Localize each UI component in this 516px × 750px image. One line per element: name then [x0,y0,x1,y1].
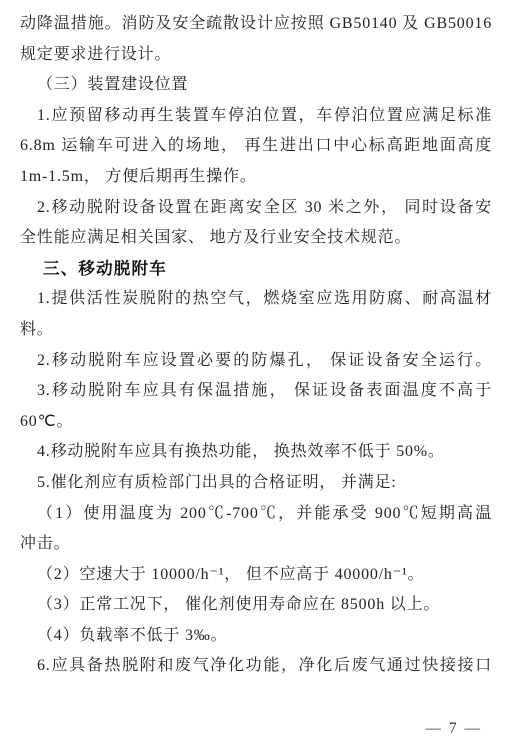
body-line: 1m-1.5m， 方便后期再生操作。 [20,162,492,193]
body-line: （1）使用温度为 200℃-700℃，并能承受 900℃短期高温 [20,499,492,530]
body-line: 全性能应满足相关国家、 地方及行业安全技术规范。 [20,223,492,254]
body-line: 3.移动脱附车应具有保温措施， 保证设备表面温度不高于 [20,376,492,407]
subsection-title: （三）装置建设位置 [20,70,492,101]
body-line: 1.提供活性炭脱附的热空气，燃烧室应选用防腐、耐高温材 [20,284,492,315]
body-line: （4）负载率不低于 3‰。 [20,621,492,652]
document-page: 动降温措施。消防及安全疏散设计应按照 GB50140 及 GB50016 的 规… [0,0,516,750]
body-line: 5.催化剂应有质检部门出具的合格证明， 并满足: [20,468,492,499]
body-line: 2.移动脱附设备设置在距离安全区 30 米之外， 同时设备安 [20,193,492,224]
body-line: 规定要求进行设计。 [20,40,492,71]
body-line: 4.移动脱附车应具有换热功能， 换热效率不低于 50%。 [20,437,492,468]
page-number: — 7 — [426,720,483,738]
body-line: 6.8m 运输车可进入的场地， 再生进出口中心标高距地面高度 [20,131,492,162]
body-line: 2.移动脱附车应设置必要的防爆孔， 保证设备安全运行。 [20,346,492,377]
body-line: 60℃。 [20,407,492,438]
section-heading: 三、移动脱附车 [20,254,492,285]
body-line: 冲击。 [20,529,492,560]
document-body: 动降温措施。消防及安全疏散设计应按照 GB50140 及 GB50016 的 规… [20,9,492,682]
body-line: 料。 [20,315,492,346]
body-line: 6.应具备热脱附和废气净化功能，净化后废气通过快接接口 [20,651,492,682]
body-line: （3）正常工况下， 催化剂使用寿命应在 8500h 以上。 [20,590,492,621]
body-line: 1.应预留移动再生装置车停泊位置，车停泊位置应满足标准 [20,101,492,132]
body-line: （2）空速大于 10000/h⁻¹， 但不应高于 40000/h⁻¹。 [20,560,492,591]
body-line: 动降温措施。消防及安全疏散设计应按照 GB50140 及 GB50016 的 [20,9,492,40]
